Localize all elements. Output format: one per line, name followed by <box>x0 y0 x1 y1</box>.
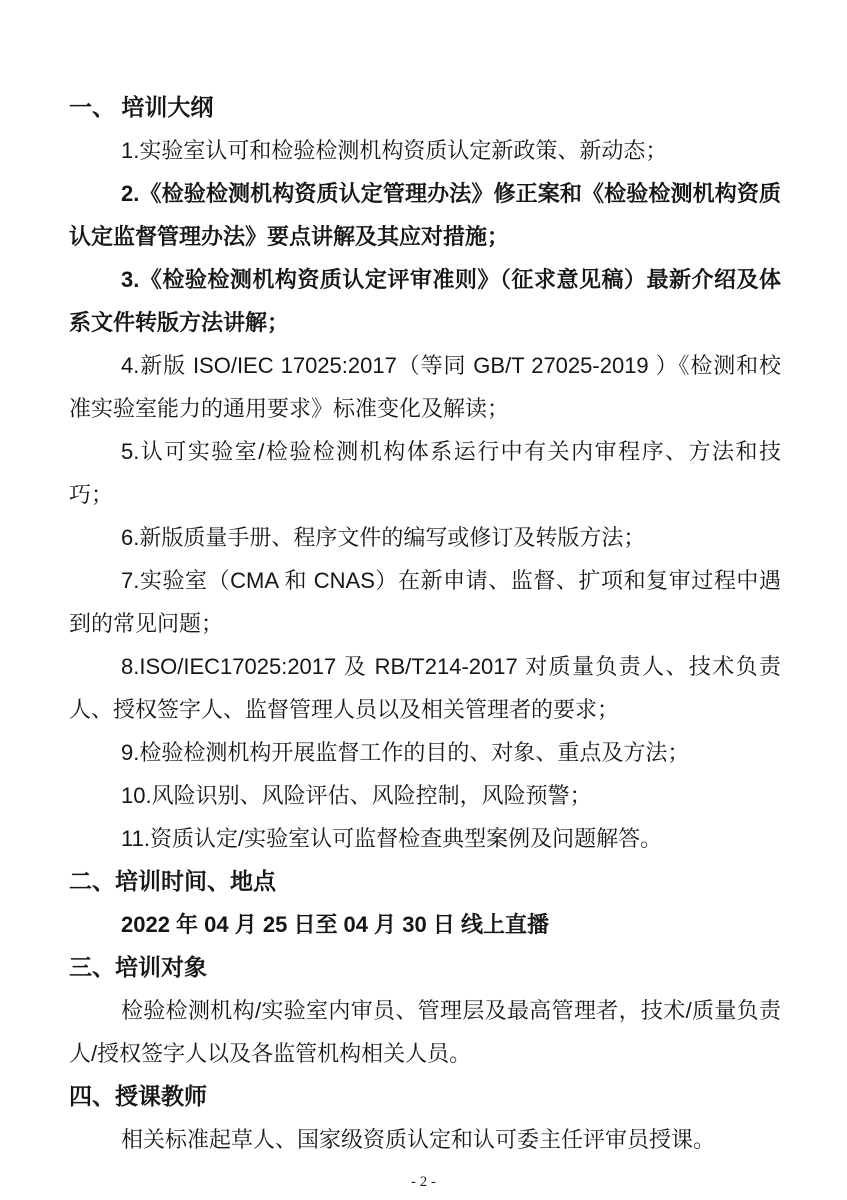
time-location-text: 2022 年 04 月 25 日至 04 月 30 日 线上直播 <box>69 903 781 946</box>
outline-item-6: 6.新版质量手册、程序文件的编写或修订及转版方法； <box>69 516 781 559</box>
outline-item-9: 9.检验检测机构开展监督工作的目的、对象、重点及方法； <box>69 731 781 774</box>
section-heading-teachers: 四、授课教师 <box>69 1075 781 1118</box>
outline-item-8: 8.ISO/IEC17025:2017 及 RB/T214-2017 对质量负责… <box>69 645 781 731</box>
outline-item-2: 2.《检验检测机构资质认定管理办法》修正案和《检验检测机构资质认定监督管理办法》… <box>69 172 781 258</box>
outline-item-7: 7.实验室（CMA 和 CNAS）在新申请、监督、扩项和复审过程中遇到的常见问题… <box>69 559 781 645</box>
outline-item-4: 4.新版 ISO/IEC 17025:2017（等同 GB/T 27025-20… <box>69 344 781 430</box>
audience-text: 检验检测机构/实验室内审员、管理层及最高管理者，技术/质量负责人/授权签字人以及… <box>69 989 781 1075</box>
outline-item-3: 3.《检验检测机构资质认定评审准则》（征求意见稿）最新介绍及体系文件转版方法讲解… <box>69 258 781 344</box>
outline-item-1: 1.实验室认可和检验检测机构资质认定新政策、新动态； <box>69 129 781 172</box>
section-heading-audience: 三、培训对象 <box>69 946 781 989</box>
teachers-text: 相关标准起草人、国家级资质认定和认可委主任评审员授课。 <box>69 1118 781 1161</box>
outline-item-11: 11.资质认定/实验室认可监督检查典型案例及问题解答。 <box>69 817 781 860</box>
document-page: 一、 培训大纲 1.实验室认可和检验检测机构资质认定新政策、新动态； 2.《检验… <box>0 0 847 1200</box>
outline-item-5: 5.认可实验室/检验检测机构体系运行中有关内审程序、方法和技巧； <box>69 430 781 516</box>
page-number: - 2 - <box>0 1172 847 1192</box>
document-body: 一、 培训大纲 1.实验室认可和检验检测机构资质认定新政策、新动态； 2.《检验… <box>69 86 781 1161</box>
section-heading-outline: 一、 培训大纲 <box>69 86 781 129</box>
section-heading-time-location: 二、培训时间、地点 <box>69 860 781 903</box>
outline-item-10: 10.风险识别、风险评估、风险控制，风险预警； <box>69 774 781 817</box>
